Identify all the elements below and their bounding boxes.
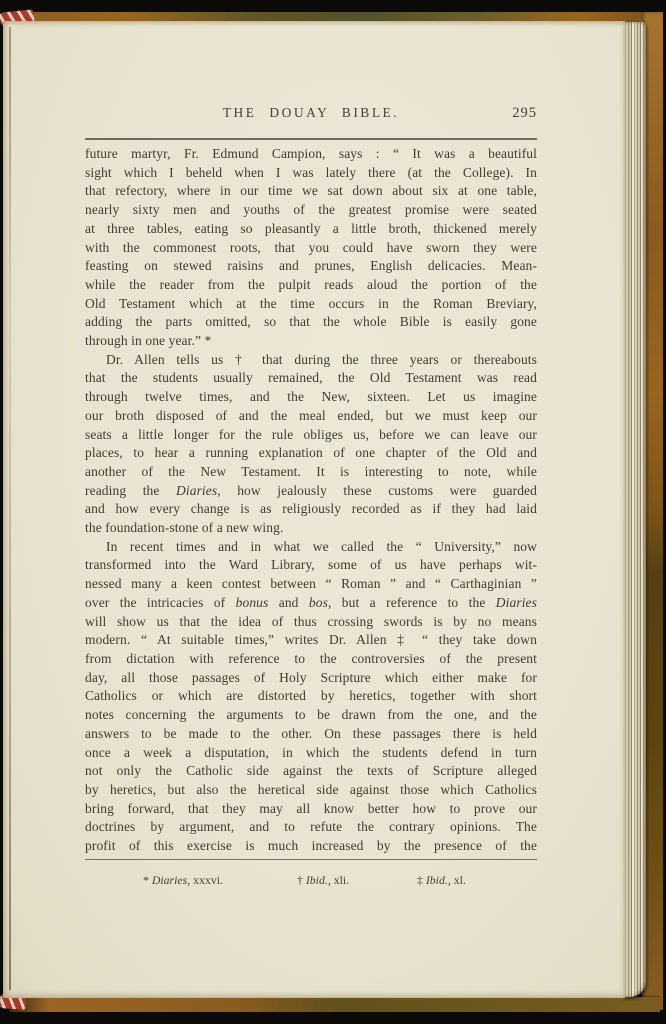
text-line: notes concerning the arguments to be dra…	[85, 706, 537, 725]
text-line: Dr. Allen tells us † that during the thr…	[85, 351, 537, 370]
text-line: In recent times and in what we called th…	[85, 538, 537, 557]
text-line: transformed into the Ward Library, some …	[85, 556, 537, 575]
text-line: reading the Diaries, how jealously these…	[85, 482, 537, 501]
text-line: that refectory, where in our time we sat…	[85, 182, 537, 201]
text-line: nessed many a keen contest between “ Rom…	[85, 575, 537, 594]
text-line: the foundation-stone of a new wing.	[85, 519, 537, 538]
text-line: Old Testament which at the time occurs i…	[85, 295, 537, 314]
footnote-item: † Ibid., xli.	[297, 873, 349, 888]
footnote-item: * Diaries, xxxvi.	[143, 873, 223, 888]
paragraph: In recent times and in what we called th…	[85, 538, 537, 856]
text-line: will show us that the idea of thus cross…	[85, 613, 537, 632]
footnote-rule	[85, 859, 537, 860]
text-line: through in one year.” *	[85, 332, 537, 351]
page-number: 295	[512, 105, 537, 122]
text-line: while the reader from the pulpit reads a…	[85, 276, 537, 295]
text-line: at three tables, eating so pleasantly a …	[85, 220, 537, 239]
body-text: future martyr, Fr. Edmund Campion, says …	[85, 145, 537, 856]
book-page: THE DOUAY BIBLE. 295 future martyr, Fr. …	[3, 21, 625, 998]
text-line: sight which I beheld when I was lately t…	[85, 164, 537, 183]
text-line: profit of this exercise is much increase…	[85, 837, 537, 856]
header-rule	[85, 138, 537, 140]
text-line: future martyr, Fr. Edmund Campion, says …	[85, 145, 537, 164]
text-line: modern. “ At suitable times,” writes Dr.…	[85, 631, 537, 650]
text-line: and how every change is as religiously r…	[85, 500, 537, 519]
gutter-crease	[9, 27, 11, 990]
paragraph: future martyr, Fr. Edmund Campion, says …	[85, 145, 537, 351]
text-line: answers to be made to the other. On thes…	[85, 725, 537, 744]
text-line: feasting on stewed raisins and prunes, E…	[85, 257, 537, 276]
text-line: by heretics, but also the heretical side…	[85, 781, 537, 800]
text-line: our broth disposed of and the meal ended…	[85, 407, 537, 426]
text-line: day, all those passages of Holy Scriptur…	[85, 669, 537, 688]
text-line: adding the parts omitted, so that the wh…	[85, 313, 537, 332]
text-line: not only the Catholic side against the t…	[85, 762, 537, 781]
scanned-book-photo: THE DOUAY BIBLE. 295 future martyr, Fr. …	[0, 0, 666, 1024]
book-cover-bottom-edge	[10, 997, 660, 1012]
text-line: nearly sixty men and youths of the great…	[85, 201, 537, 220]
text-line: that the students usually remained, the …	[85, 369, 537, 388]
running-title: THE DOUAY BIBLE.	[223, 105, 399, 120]
text-line: through twelve times, and the New, sixte…	[85, 388, 537, 407]
text-line: another of the New Testament. It is inte…	[85, 463, 537, 482]
text-line: Catholics or which are distorted by here…	[85, 687, 537, 706]
running-header: THE DOUAY BIBLE. 295	[85, 105, 537, 127]
footnotes: * Diaries, xxxvi.† Ibid., xli.‡ Ibid., x…	[85, 873, 537, 897]
text-line: once a week a disputation, in which the …	[85, 744, 537, 763]
text-line: seats a little longer for the rule oblig…	[85, 426, 537, 445]
footnote-item: ‡ Ibid., xl.	[417, 873, 466, 888]
text-line: over the intricacies of bonus and bos, b…	[85, 594, 537, 613]
text-line: bring forward, that they may all know be…	[85, 800, 537, 819]
text-line: doctrines by argument, and to refute the…	[85, 818, 537, 837]
text-line: with the commonest roots, that you could…	[85, 239, 537, 258]
text-line: places, to hear a running explanation of…	[85, 444, 537, 463]
text-line: from dictation with reference to the con…	[85, 650, 537, 669]
page-stack-fore-edge	[623, 22, 646, 997]
paragraph: Dr. Allen tells us † that during the thr…	[85, 351, 537, 538]
